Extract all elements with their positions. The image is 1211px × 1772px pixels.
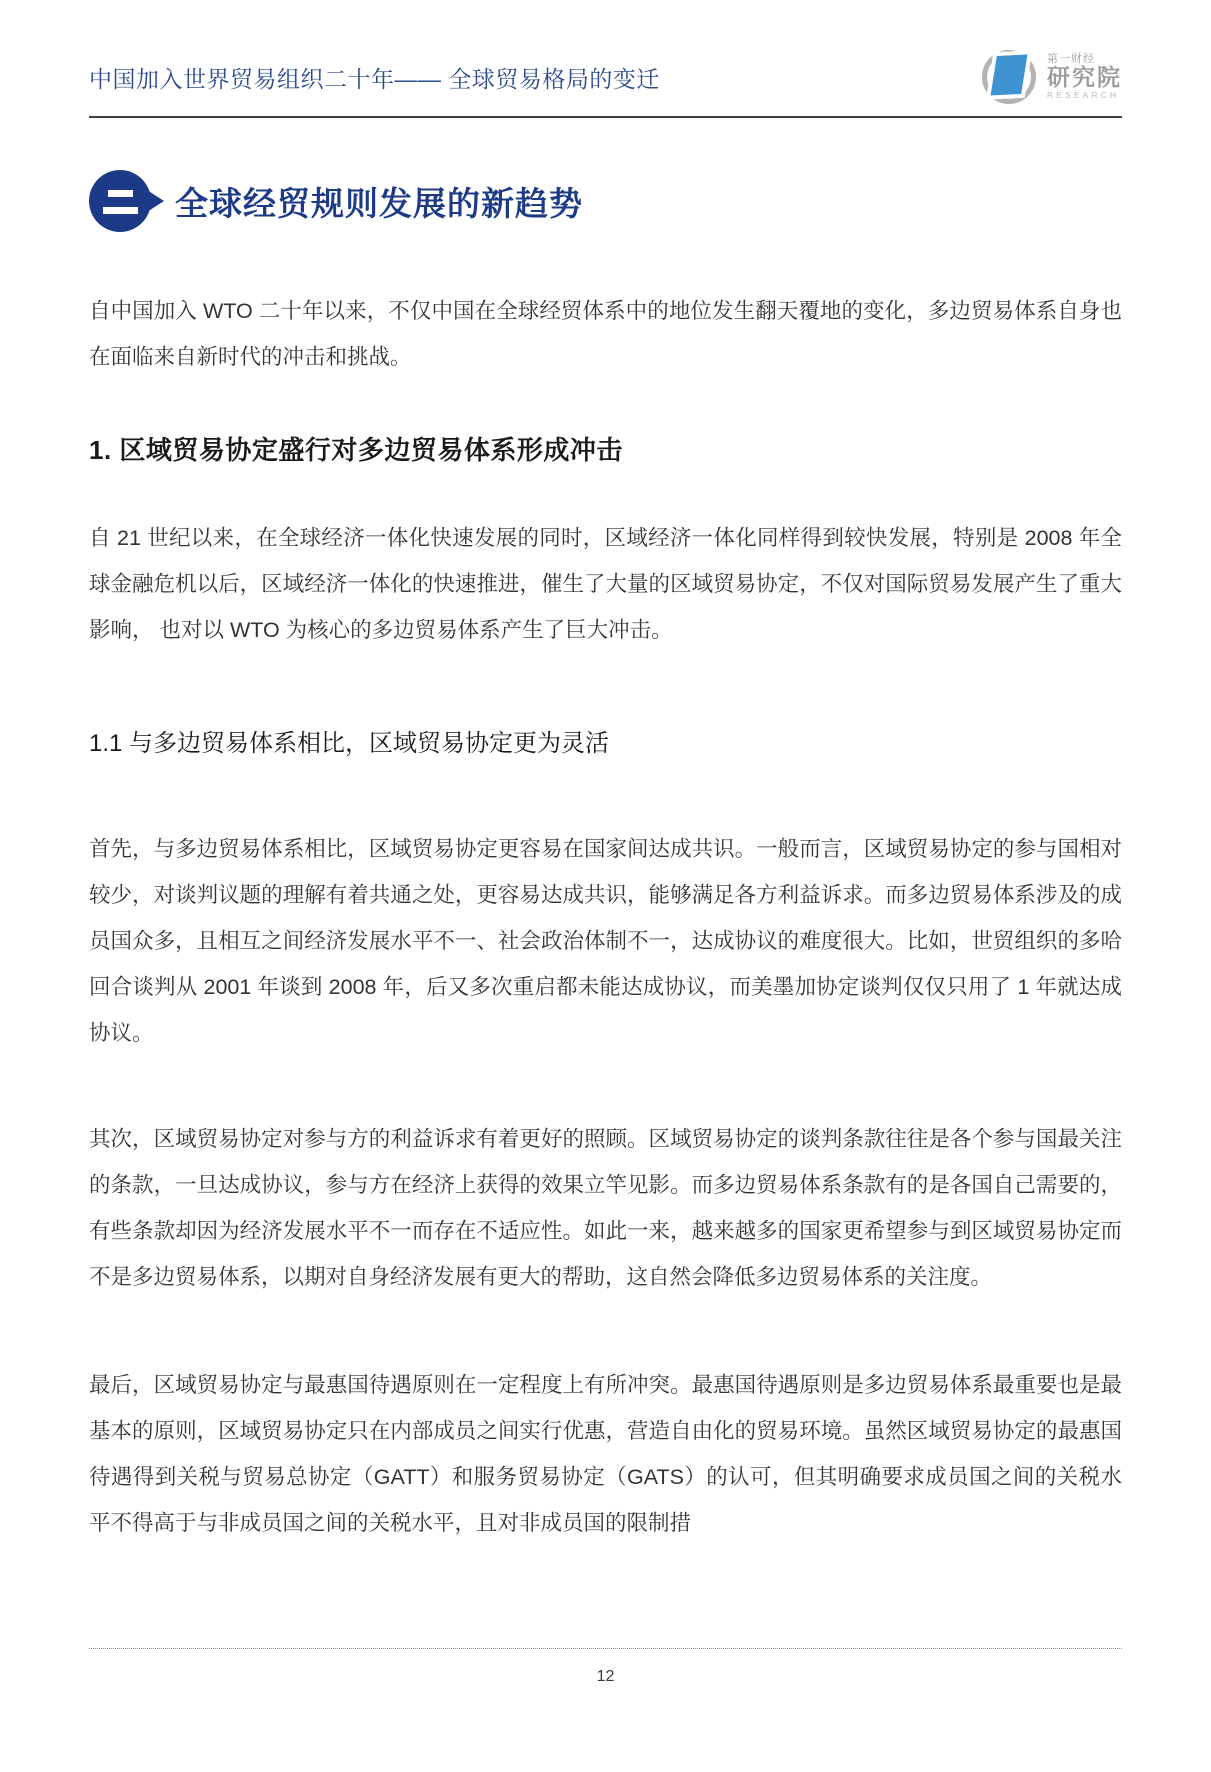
publisher-logo: 第一财经 研究院 RESEARCH [979,47,1122,107]
yicai-logo-icon [979,47,1039,107]
page-number: 12 [0,1668,1211,1686]
page-header: 中国加入世界贸易组织二十年—— 全球贸易格局的变迁 第一财经 研究院 RESEA… [89,0,1122,112]
logo-text-block: 第一财经 研究院 RESEARCH [1047,53,1122,101]
heading-1-1: 1.1 与多边贸易体系相比，区域贸易协定更为灵活 [89,723,1122,758]
logo-parallelogram-shape [991,54,1028,95]
paragraph-2: 首先，与多边贸易体系相比，区域贸易协定更容易在国家间达成共识。一般而言，区域贸易… [89,826,1122,1056]
badge-glyph-bar-top [108,190,133,197]
footer-divider [89,1648,1122,1649]
document-page: 中国加入世界贸易组织二十年—— 全球贸易格局的变迁 第一财经 研究院 RESEA… [0,0,1211,1772]
logo-subtitle-label: RESEARCH [1047,92,1122,101]
section-number-badge-icon [89,170,151,232]
header-divider [89,116,1122,118]
section-title: 全球经贸规则发展的新趋势 [175,178,583,225]
paragraph-4: 最后，区域贸易协定与最惠国待遇原则在一定程度上有所冲突。最惠国待遇原则是多边贸易… [89,1362,1122,1546]
section-heading: 全球经贸规则发展的新趋势 [89,170,1122,232]
logo-name-label: 研究院 [1047,65,1122,90]
paragraph-3: 其次，区域贸易协定对参与方的利益诉求有着更好的照顾。区域贸易协定的谈判条款往往是… [89,1116,1122,1300]
intro-paragraph: 自中国加入 WTO 二十年以来，不仅中国在全球经贸体系中的地位发生翻天覆地的变化… [89,288,1122,380]
heading-1: 1. 区域贸易协定盛行对多边贸易体系形成冲击 [89,430,1122,467]
report-title: 中国加入世界贸易组织二十年—— 全球贸易格局的变迁 [89,61,660,94]
paragraph-1: 自 21 世纪以来，在全球经济一体化快速发展的同时，区域经济一体化同样得到较快发… [89,515,1122,653]
badge-glyph-bar-bottom [103,207,138,214]
